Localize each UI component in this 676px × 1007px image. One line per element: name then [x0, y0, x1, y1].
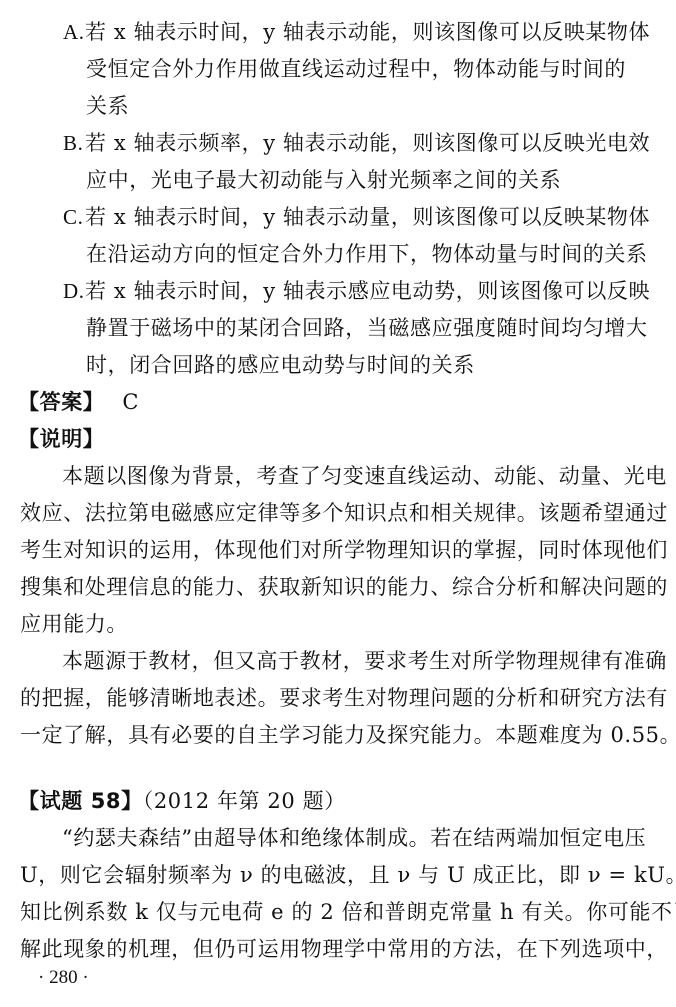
option-a-line-1: A.若 x 轴表示时间，y 轴表示动能，则该图像可以反映某物体 — [63, 19, 650, 45]
explanation-heading: 【说明】 — [18, 426, 104, 452]
option-b-label: B. — [63, 130, 85, 156]
answer-row: 【答案】C — [18, 389, 139, 415]
explanation-p1-line-2: 效应、法拉第电磁感应定律等多个知识点和相关规律。该题希望通过 — [20, 500, 668, 526]
explanation-p1-line-3: 考生对知识的运用，体现他们对所学物理知识的掌握，同时体现他们 — [20, 537, 668, 563]
option-d-label: D. — [63, 278, 85, 304]
question-58-line-3: 知比例系数 k 仅与元电荷 e 的 2 倍和普朗克常量 h 有关。你可能不了 — [20, 899, 676, 925]
question-58-header: 【试题 58】（2012 年第 20 题） — [18, 788, 346, 814]
explanation-p1-line-4: 搜集和处理信息的能力、获取新知识的能力、综合分析和解决问题的 — [20, 574, 668, 600]
option-d-line-1: D.若 x 轴表示时间，y 轴表示感应电动势，则该图像可以反映 — [63, 278, 650, 304]
answer-value: C — [122, 390, 139, 414]
option-c-line-2: 在沿运动方向的恒定合外力作用下，物体动量与时间的关系 — [86, 241, 648, 267]
question-58-line-2: U，则它会辐射频率为 ν 的电磁波，且 ν 与 U 成正比，即 ν = kU。已 — [20, 862, 676, 888]
option-c-label: C. — [63, 204, 85, 230]
explanation-p1-line-5: 应用能力。 — [20, 611, 128, 637]
question-58-line-1: “约瑟夫森结”由超导体和绝缘体制成。若在结两端加恒定电压 — [62, 825, 646, 851]
question-58-heading: 【试题 58】 — [18, 789, 143, 813]
option-b-line-2: 应中，光电子最大初动能与入射光频率之间的关系 — [86, 167, 561, 193]
question-58-source: （2012 年第 20 题） — [143, 789, 346, 813]
option-a-line-3: 关系 — [86, 93, 129, 119]
question-58-line-4: 解此现象的机理，但仍可运用物理学中常用的方法，在下列选项中， — [20, 936, 668, 962]
option-d-line-2: 静置于磁场中的某闭合回路，当磁感应强度随时间均匀增大 — [86, 315, 648, 341]
explanation-p2-line-1: 本题源于教材，但又高于教材，要求考生对所学物理规律有准确 — [62, 648, 667, 674]
explanation-p2-line-2: 的把握，能够清晰地表述。要求考生对物理问题的分析和研究方法有 — [20, 685, 668, 711]
option-a-label: A. — [63, 19, 85, 45]
explanation-p2-line-3: 一定了解，具有必要的自主学习能力及探究能力。本题难度为 0.55。 — [20, 722, 676, 748]
option-d-line-3: 时，闭合回路的感应电动势与时间的关系 — [86, 352, 475, 378]
explanation-p1-line-1: 本题以图像为背景，考查了匀变速直线运动、动能、动量、光电 — [62, 463, 667, 489]
option-b-line-1: B.若 x 轴表示频率，y 轴表示动能，则该图像可以反映光电效 — [63, 130, 650, 156]
option-c-line-1: C.若 x 轴表示时间，y 轴表示动量，则该图像可以反映某物体 — [63, 204, 650, 230]
answer-heading: 【答案】 — [18, 390, 104, 414]
option-a-line-2: 受恒定合外力作用做直线运动过程中，物体动能与时间的 — [86, 56, 626, 82]
page-number: · 280 · — [38, 966, 89, 990]
book-page: A.若 x 轴表示时间，y 轴表示动能，则该图像可以反映某物体 受恒定合外力作用… — [0, 0, 676, 1007]
